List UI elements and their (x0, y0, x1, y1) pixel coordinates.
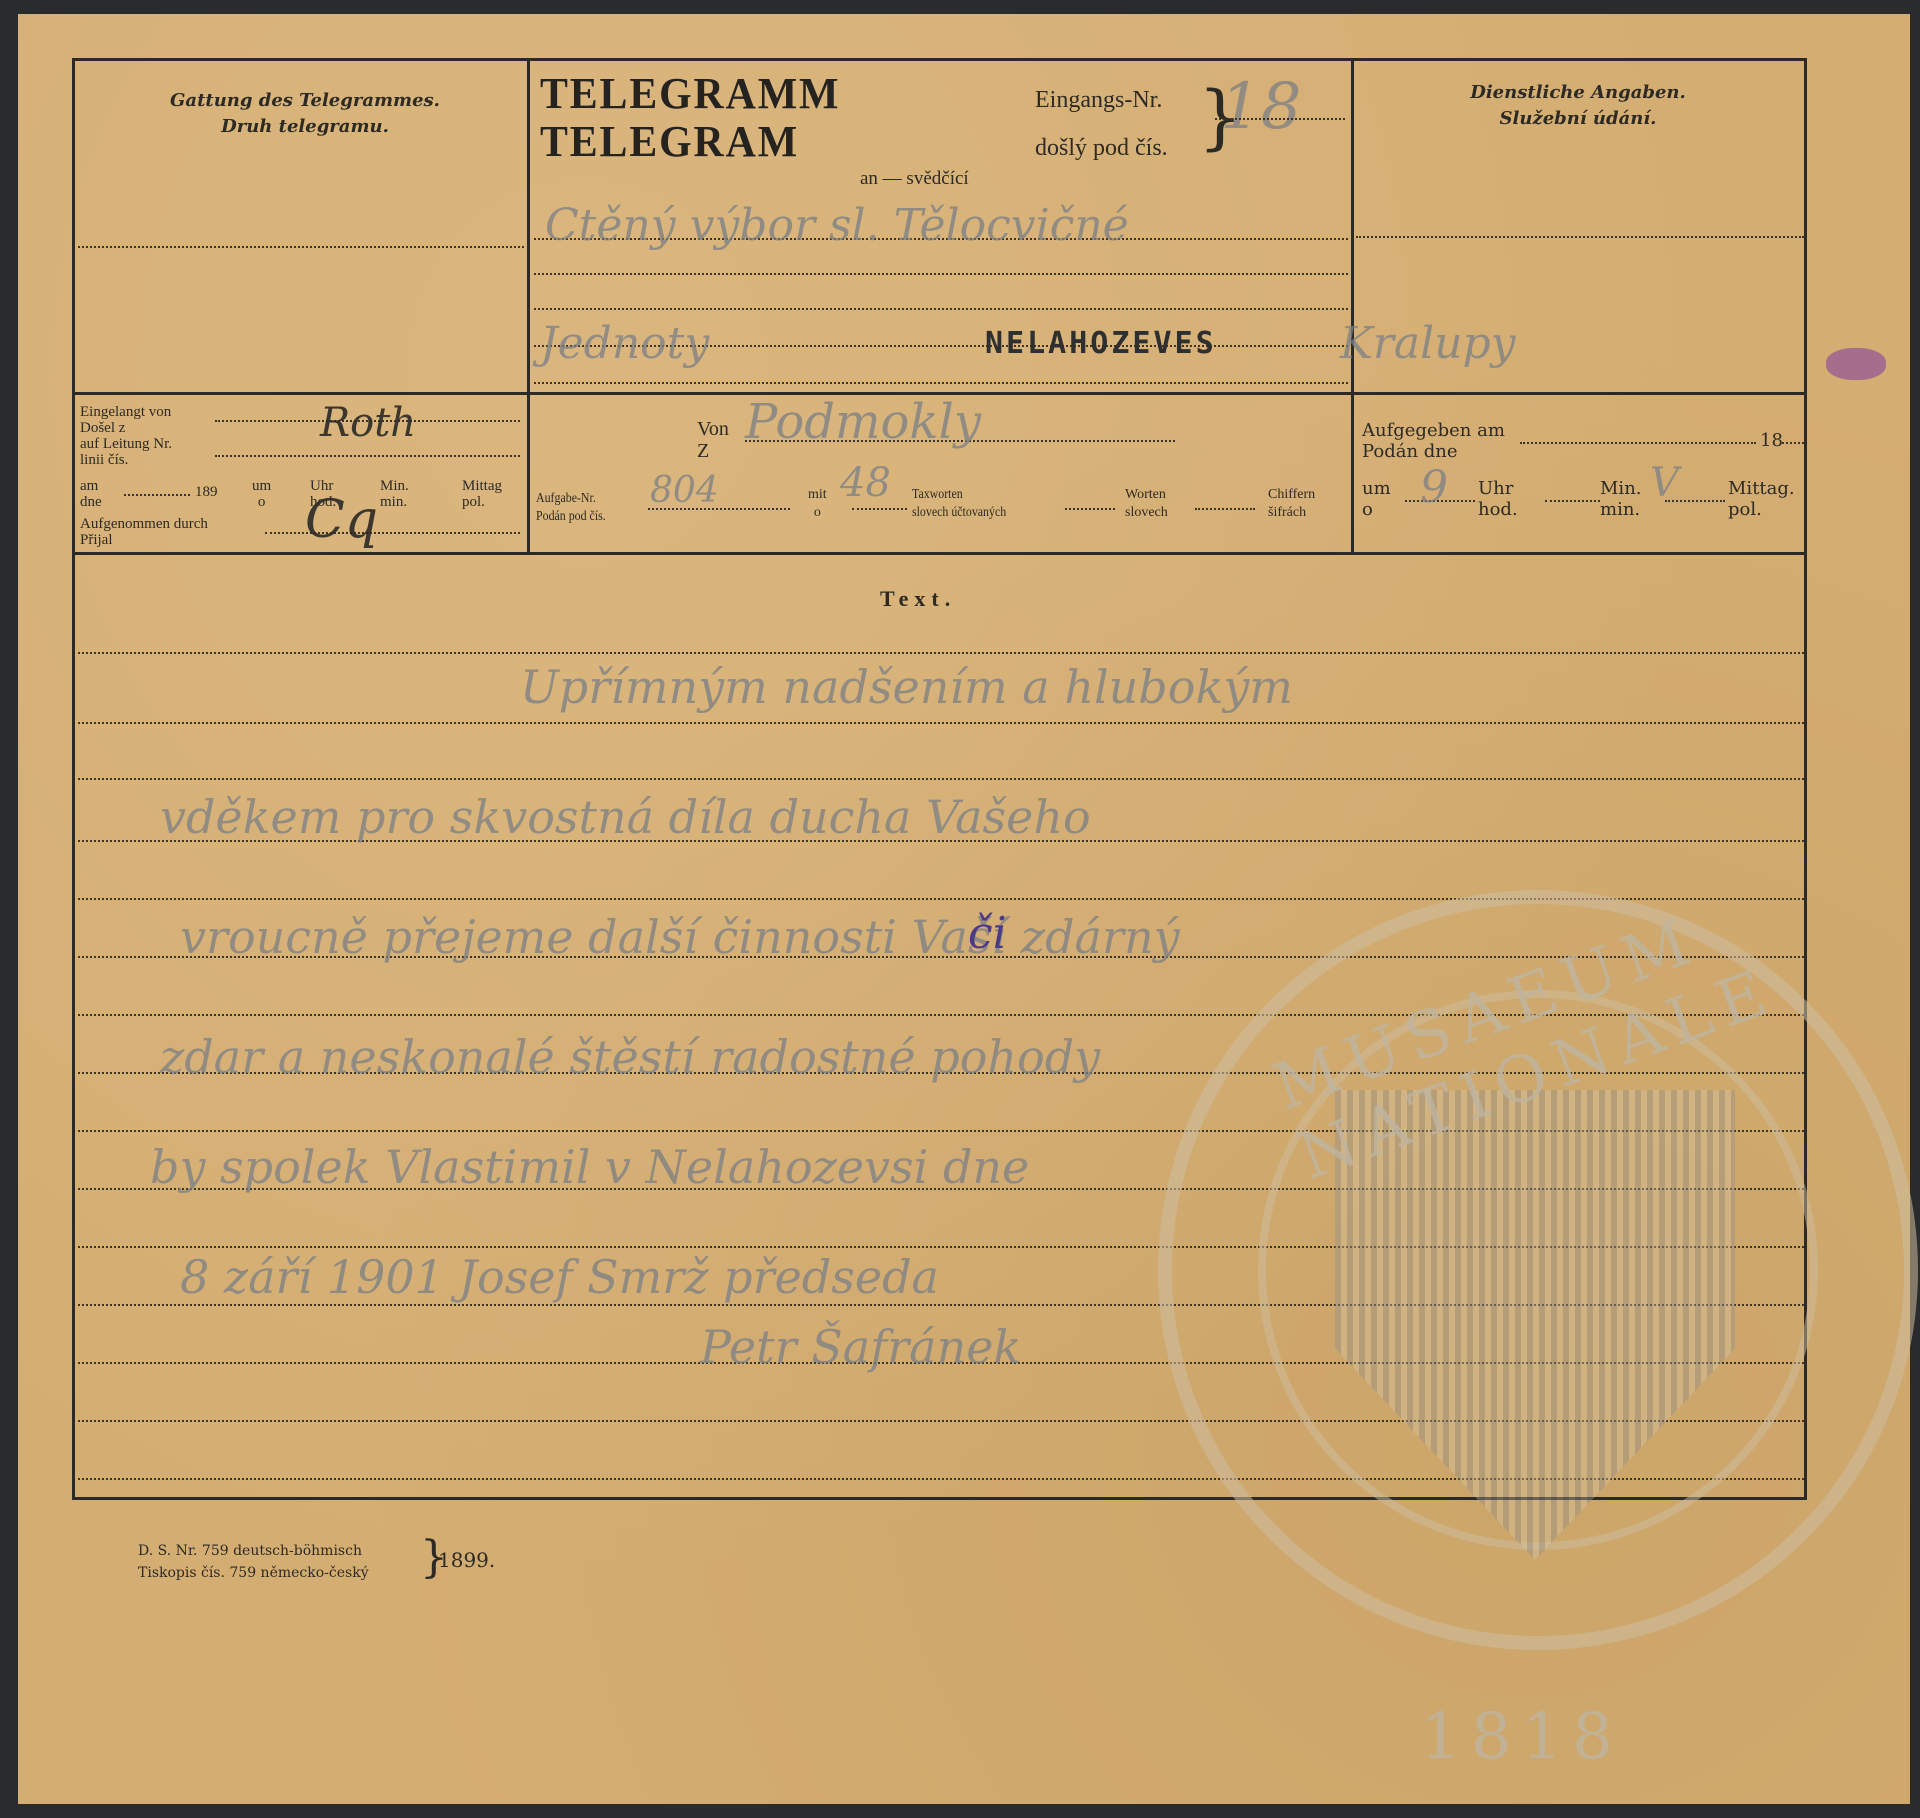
received-date-cs: dne (80, 494, 102, 510)
addressee-label: an — svědčící (860, 168, 969, 190)
words-de: Worten (1125, 486, 1168, 504)
ciphers-cs: šifrách (1268, 504, 1315, 522)
um-de: um (252, 478, 271, 494)
submitted-year-prefix: 18 (1760, 430, 1783, 451)
addressee-handwriting-1[interactable]: Ctěný výbor sl. Tělocvičné (545, 200, 1129, 251)
submitted-um-cs: o (1362, 499, 1391, 520)
received-date-field[interactable] (124, 494, 190, 496)
seal-year: 1818 (1420, 1700, 1623, 1774)
text-line-2 (78, 722, 1804, 724)
with-label: mit o (808, 486, 827, 522)
form-number: D. S. Nr. 759 deutsch-böhmisch Tiskopis … (138, 1540, 369, 1584)
address-line-2 (534, 273, 1348, 275)
accepted-by-label: Aufgenommen durch Přijal (80, 516, 208, 548)
address-line-5 (534, 382, 1348, 384)
message-line-5[interactable]: by spolek Vlastimil v Nelahozevsi dne (150, 1140, 1029, 1194)
header-rule-bottom (72, 552, 1807, 555)
submitted-on-de: Aufgegeben am (1362, 420, 1505, 441)
title-de: TELEGRAMM (540, 70, 840, 118)
accepted-by-cs: Přijal (80, 532, 208, 548)
chargeable-words-cs: slovech účtovaných (912, 504, 1006, 522)
submitted-mittag-cs: pol. (1728, 499, 1795, 520)
form-year: 1899. (438, 1548, 495, 1572)
line-number-field[interactable] (215, 455, 520, 457)
submitted-year-field[interactable] (1782, 442, 1804, 444)
words-label: Worten slovech (1125, 486, 1168, 522)
addressee-handwriting-4[interactable]: Kralupy (1340, 318, 1516, 369)
from-de: Von (697, 418, 729, 440)
telegram-type-line (78, 246, 524, 248)
incoming-number-labels: Eingangs-Nr. došlý pod čís. (1035, 76, 1168, 172)
submitted-mittag-label: Mittag. pol. (1728, 478, 1795, 520)
accepted-by-field[interactable] (265, 532, 520, 534)
min-cs: min. (380, 494, 409, 510)
submission-number-value[interactable]: 804 (650, 470, 719, 511)
submitted-hour-value[interactable]: 9 (1420, 462, 1448, 513)
text-heading: Text. (880, 586, 956, 612)
submitted-mittag-de: Mittag. (1728, 478, 1795, 499)
received-date-de: am (80, 478, 102, 494)
submitted-on-cs: Podán dne (1362, 441, 1505, 462)
form-number-cs: Tiskopis čís. 759 německo-český (138, 1562, 369, 1584)
received-noon-label: Mittag pol. (462, 478, 502, 510)
received-from-label: Eingelangt von Došel z auf Leitung Nr. l… (80, 404, 172, 468)
submitted-on-label: Aufgegeben am Podán dne (1362, 420, 1505, 462)
header-divider-right (1351, 58, 1354, 555)
words-field[interactable] (1065, 508, 1115, 510)
ciphers-field[interactable] (1195, 508, 1255, 510)
telegram-type-heading: Gattung des Telegrammes. Druh telegramu. (100, 88, 510, 140)
received-minute-label: Min. min. (380, 478, 409, 510)
from-label: Von Z (697, 418, 729, 462)
from-cs: Z (697, 440, 729, 462)
message-line-4[interactable]: zdar a neskonalé štěstí radostné pohody (160, 1030, 1100, 1084)
message-line-1[interactable]: Upřímným nadšením a hlubokým (520, 660, 1293, 714)
ciphers-de: Chiffern (1268, 486, 1315, 504)
received-year-prefix: 189 (195, 484, 218, 500)
submitted-minute-field[interactable] (1545, 500, 1600, 502)
with-field[interactable] (852, 508, 907, 510)
chargeable-words-label: Taxworten slovech účtovaných (912, 486, 1006, 522)
place-stamp: NELAHOZEVES (985, 326, 1217, 361)
official-info-cs: Služební údání. (1358, 106, 1798, 132)
accepted-by-value[interactable]: Cq (305, 490, 378, 550)
received-um-label: um o (252, 478, 271, 510)
submitted-um-label: um o (1362, 478, 1391, 520)
submitted-noon-field[interactable] (1665, 500, 1725, 502)
with-cs: o (808, 504, 827, 522)
mittag-de: Mittag (462, 478, 502, 494)
submission-number-de: Aufgabe-Nr. (536, 490, 606, 508)
submission-number-cs: Podán pod čís. (536, 508, 606, 526)
ink-smudge (1826, 348, 1886, 380)
title-cs: TELEGRAM (540, 118, 840, 166)
submitted-on-field[interactable] (1520, 442, 1756, 444)
submitted-uhr-label: Uhr hod. (1478, 478, 1518, 520)
min-de: Min. (380, 478, 409, 494)
message-line-3[interactable]: vroucně přejeme další činnosti Vaší zdár… (180, 910, 1180, 964)
with-de: mit (808, 486, 827, 504)
official-info-line (1356, 236, 1804, 238)
received-from-de: Eingelangt von (80, 404, 172, 420)
correction-mark: či (968, 908, 1007, 959)
text-line-1 (78, 652, 1804, 654)
incoming-number-cs: došlý pod čís. (1035, 124, 1168, 172)
from-value[interactable]: Podmokly (745, 394, 981, 450)
chargeable-words-de: Taxworten (912, 486, 1006, 504)
with-value[interactable]: 48 (840, 460, 891, 506)
received-from-value[interactable]: Roth (320, 400, 416, 446)
official-info-heading: Dienstliche Angaben. Služební údání. (1358, 80, 1798, 132)
submission-number-label: Aufgabe-Nr. Podán pod čís. (536, 490, 606, 526)
incoming-number-value[interactable]: 18 (1220, 70, 1301, 144)
official-info-de: Dienstliche Angaben. (1358, 80, 1798, 106)
um-cs: o (252, 494, 271, 510)
message-line-7[interactable]: Petr Šafránek (700, 1320, 1021, 1374)
submitted-min-cs: min. (1600, 499, 1642, 520)
submitted-min-de: Min. (1600, 478, 1642, 499)
submitted-uhr-de: Uhr (1478, 478, 1518, 499)
incoming-number-line (1215, 118, 1345, 120)
words-cs: slovech (1125, 504, 1168, 522)
line-number-de: auf Leitung Nr. (80, 436, 172, 452)
message-line-2[interactable]: vděkem pro skvostná díla ducha Vašeho (160, 790, 1091, 844)
address-line-3 (534, 308, 1348, 310)
received-date-label: am dne (80, 478, 102, 510)
submitted-um-de: um (1362, 478, 1391, 499)
mittag-cs: pol. (462, 494, 502, 510)
addressee-handwriting-2[interactable]: Jednoty (540, 318, 709, 369)
ciphers-label: Chiffern šifrách (1268, 486, 1315, 522)
telegram-title: TELEGRAMM TELEGRAM (540, 70, 840, 166)
telegram-type-cs: Druh telegramu. (100, 114, 510, 140)
line-number-cs: linii čís. (80, 452, 172, 468)
accepted-by-de: Aufgenommen durch (80, 516, 208, 532)
header-divider-left (527, 58, 530, 555)
incoming-number-de: Eingangs-Nr. (1035, 76, 1168, 124)
received-from-cs: Došel z (80, 420, 172, 436)
form-number-de: D. S. Nr. 759 deutsch-böhmisch (138, 1540, 369, 1562)
text-line-3 (78, 778, 1804, 780)
telegram-type-de: Gattung des Telegrammes. (100, 88, 510, 114)
submitted-min-label: Min. min. (1600, 478, 1642, 520)
submitted-uhr-cs: hod. (1478, 499, 1518, 520)
message-line-6[interactable]: 8 září 1901 Josef Smrž předseda (180, 1250, 939, 1304)
